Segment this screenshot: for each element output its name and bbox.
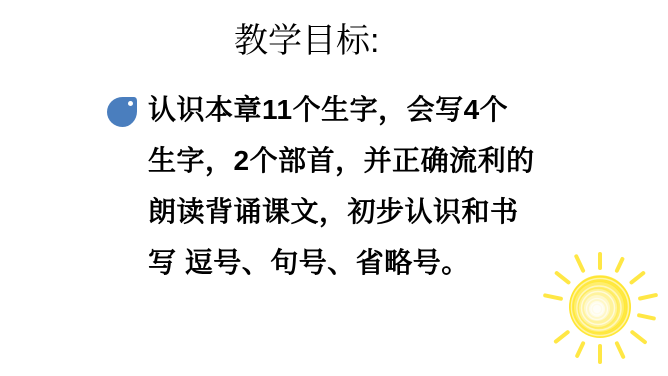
slide-title: 教学目标: [234, 21, 379, 62]
content-line: 生字，2个部首，并正确流利的 [148, 135, 535, 186]
presentation-slide: 教学目标: 认识本章11个生字，会写4个 生字，2个部首，并正确流利的 朗读背诵… [0, 0, 668, 376]
content-line: 朗读背诵课文，初步认识和书 [148, 186, 535, 237]
bullet-highlight-dot [128, 101, 133, 106]
content-line: 认识本章11个生字，会写4个 [148, 84, 535, 135]
teardrop-bullet-icon [107, 97, 137, 127]
content-line: 写 逗号、句号、省略号。 [148, 237, 535, 288]
slide-body-text: 认识本章11个生字，会写4个 生字，2个部首，并正确流利的 朗读背诵课文，初步认… [148, 84, 535, 288]
sun-icon [535, 237, 668, 376]
